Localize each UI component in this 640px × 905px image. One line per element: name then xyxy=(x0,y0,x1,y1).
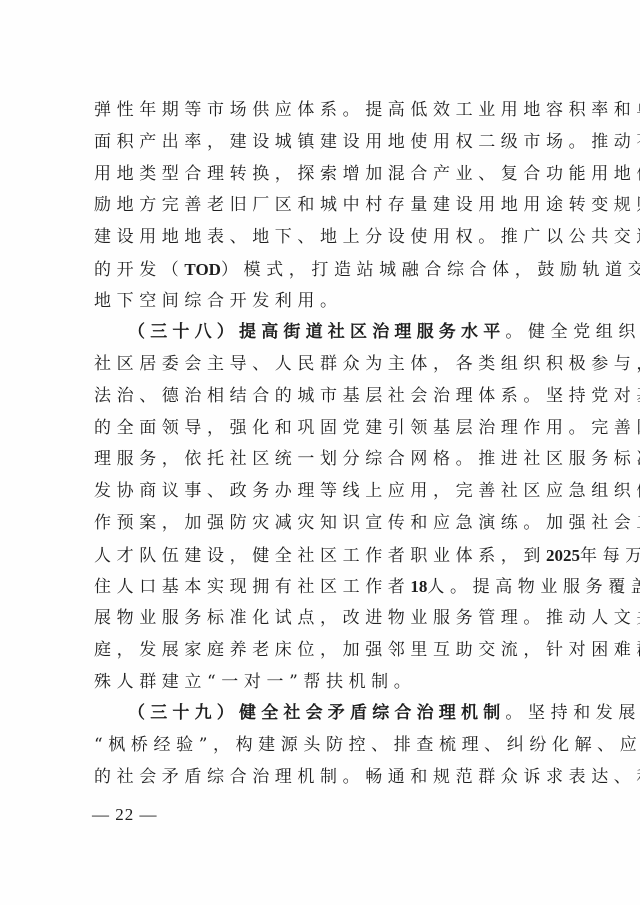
page-number: — 22 — xyxy=(92,805,158,825)
text-line: 发协商议事、政务办理等线上应用，完善社区应急组织体系和工 xyxy=(94,476,554,508)
text-segment: 。健全党组织领导、 xyxy=(505,322,640,342)
text-line: 理服务，依托社区统一划分综合网格。推进社区服务标准化，开 xyxy=(94,444,554,476)
text-segment: 的开发（ xyxy=(94,260,184,280)
section-heading-line: （三十八）提高街道社区治理服务水平。健全党组织领导、 xyxy=(94,317,554,349)
text-line: 殊人群建立“一对一”帮扶机制。 xyxy=(94,667,554,699)
text-segment: 。坚持和发展新时代 xyxy=(505,703,640,723)
body-text: 弹性年期等市场供应体系。提高低效工业用地容积率和单位用地 面积产出率，建设城镇建… xyxy=(94,95,554,794)
text-line: 励地方完善老旧厂区和城中村存量建设用地用途转变规则，探索 xyxy=(94,190,554,222)
text-line: 住人口基本实现拥有社区工作者18人。提高物业服务覆盖率，开 xyxy=(94,571,554,603)
number-value: 18 xyxy=(410,577,427,596)
text-line: 用地类型合理转换，探索增加混合产业、复合功能用地供给。鼓 xyxy=(94,159,554,191)
number-value: 2025 xyxy=(546,546,580,565)
text-line: 庭，发展家庭养老床位，加强邻里互助交流，针对困难群体和特 xyxy=(94,635,554,667)
text-line: 的全面领导，强化和巩固党建引领基层治理作用。完善网格化管 xyxy=(94,413,554,445)
document-page: 弹性年期等市场供应体系。提高低效工业用地容积率和单位用地 面积产出率，建设城镇建… xyxy=(0,0,640,905)
section-heading-line: （三十九）健全社会矛盾综合治理机制。坚持和发展新时代 xyxy=(94,698,554,730)
section-heading-38: （三十八）提高街道社区治理服务水平 xyxy=(128,322,505,342)
text-line: “枫桥经验”，构建源头防控、排查梳理、纠纷化解、应急处置 xyxy=(94,730,554,762)
text-segment: 年每万城镇常 xyxy=(580,546,640,566)
text-line: 展物业服务标准化试点，改进物业服务管理。推动人文关怀进家 xyxy=(94,603,554,635)
text-segment: 人才队伍建设，健全社区工作者职业体系，到 xyxy=(94,546,546,566)
text-line: 的社会矛盾综合治理机制。畅通和规范群众诉求表达、利益协调、 xyxy=(94,762,554,794)
text-line: 建设用地地表、地下、地上分设使用权。推广以公共交通为导向 xyxy=(94,222,554,254)
text-line: 地下空间综合开发利用。 xyxy=(94,286,554,318)
text-line: 的开发（TOD）模式，打造站城融合综合体，鼓励轨道交通地上 xyxy=(94,254,554,286)
text-line: 作预案，加强防灾减灾知识宣传和应急演练。加强社会工作专业 xyxy=(94,508,554,540)
text-segment: 人。提高物业服务覆盖率，开 xyxy=(427,577,640,597)
text-line: 面积产出率，建设城镇建设用地使用权二级市场。推动不同产业 xyxy=(94,127,554,159)
text-line: 人才队伍建设，健全社区工作者职业体系，到2025年每万城镇常 xyxy=(94,540,554,572)
text-segment: ）模式，打造站城融合综合体，鼓励轨道交通地上 xyxy=(221,260,640,280)
text-line: 社区居委会主导、人民群众为主体，各类组织积极参与，自治、 xyxy=(94,349,554,381)
section-heading-39: （三十九）健全社会矛盾综合治理机制 xyxy=(128,703,505,723)
latin-term: TOD xyxy=(184,260,221,279)
text-segment: 住人口基本实现拥有社区工作者 xyxy=(94,577,410,597)
text-line: 法治、德治相结合的城市基层社会治理体系。坚持党对基层治理 xyxy=(94,381,554,413)
text-line: 弹性年期等市场供应体系。提高低效工业用地容积率和单位用地 xyxy=(94,95,554,127)
